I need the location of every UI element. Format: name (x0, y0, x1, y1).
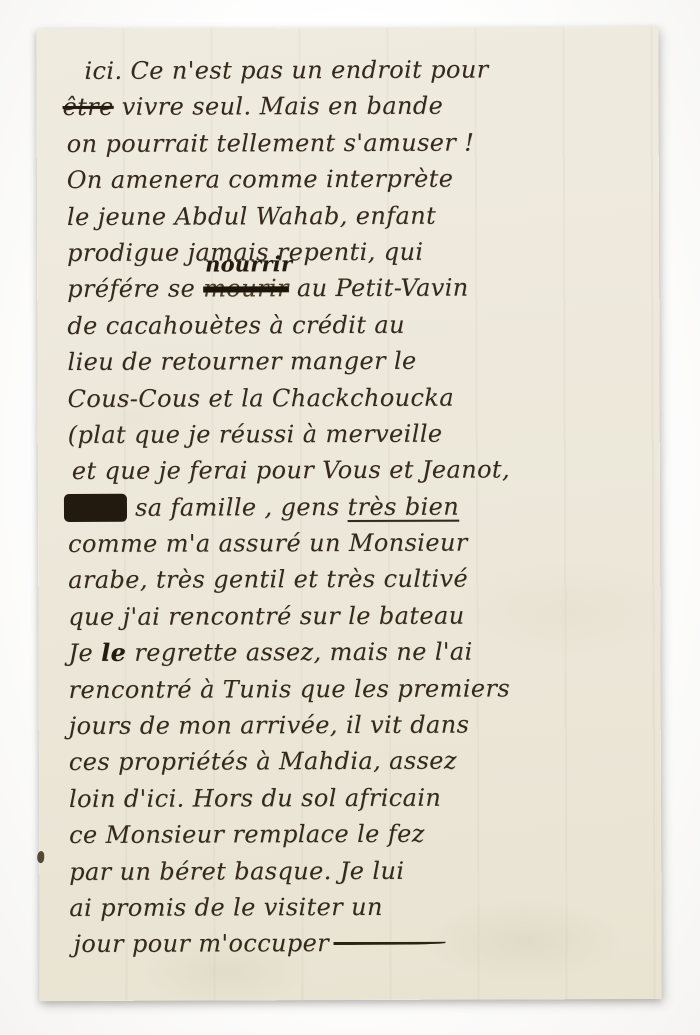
letter-line: rencontré à Tunis que les premiers (65, 670, 647, 708)
letter-line: arabe, très gentil et très cultivé (64, 560, 646, 598)
word-blot: dans (64, 493, 127, 521)
correction-stack: nourrirmourir (203, 271, 289, 308)
letter-line: prodigue jamais repenti, qui (63, 233, 645, 271)
letter-line: ces propriétés à Mahdia, assez (65, 742, 647, 780)
letter-page: ici. Ce n'est pas un endroit pourêtre vi… (36, 27, 661, 1001)
letter-text: de cacahouètes à crédit au (67, 311, 405, 340)
letter-text: vivre seul. Mais en bande (114, 92, 444, 121)
letter-line: ici. Ce n'est pas un endroit pour (62, 51, 644, 89)
letter-line: être vivre seul. Mais en bande (63, 87, 645, 125)
letter-text: ces propriétés à Mahdia, assez (69, 747, 457, 776)
letter-line: comme m'a assuré un Monsieur (64, 524, 646, 562)
letter-text: comme m'a assuré un Monsieur (68, 529, 468, 558)
letter-text: arabe, très gentil et très cultivé (68, 565, 468, 594)
letter-text: regrette assez, mais ne l'ai (126, 638, 472, 667)
letter-lines: ici. Ce n'est pas un endroit pourêtre vi… (36, 51, 661, 963)
letter-line: Je le regrette assez, mais ne l'ai (64, 633, 646, 671)
letter-text: sa famille , gens (127, 493, 348, 522)
letter-text: Cous-Cous et la Chackchoucka (68, 383, 455, 412)
letter-text: loin d'ici. Hors du sol africain (69, 783, 441, 812)
letter-line: jour pour m'occuper (65, 924, 647, 962)
letter-text: Je (68, 639, 101, 667)
letter-line: que j'ai rencontré sur le bateau (64, 597, 646, 635)
letter-line: par un béret basque. Je lui (65, 852, 647, 890)
letter-text: jours de mon arrivée, il vit dans (69, 711, 470, 740)
letter-text: rencontré à Tunis que les premiers (69, 674, 511, 704)
letter-text: lieu de retourner manger le (67, 347, 416, 376)
letter-text: au Petit-Vavin (289, 274, 469, 303)
letter-text: que j'ai rencontré sur le bateau (68, 601, 464, 630)
letter-line: on pourrait tellement s'amuser ! (63, 124, 645, 162)
letter-text: ce Monsieur remplace le fez (69, 820, 425, 849)
letter-line: loin d'ici. Hors du sol africain (65, 779, 647, 817)
letter-line: de cacahouètes à crédit au (63, 306, 645, 344)
word-bold: le (101, 638, 126, 667)
letter-text: le jeune Abdul Wahab, enfant (67, 201, 436, 230)
letter-line: préfére se nourrirmourir au Petit-Vavin (63, 269, 645, 307)
flourish-line (333, 942, 445, 945)
letter-line: lieu de retourner manger le (63, 342, 645, 380)
letter-text: par un béret basque. Je lui (69, 856, 404, 885)
letter-text: préfére se (67, 275, 203, 303)
letter-text: ici. Ce n'est pas un endroit pour (84, 56, 488, 85)
word-underline: très bien (348, 492, 460, 520)
letter-line: On amenera comme interprète (63, 160, 645, 198)
letter-line: le jeune Abdul Wahab, enfant (63, 197, 645, 235)
letter-text: On amenera comme interprète (67, 165, 454, 194)
letter-photograph: ici. Ce n'est pas un endroit pourêtre vi… (0, 0, 700, 1035)
letter-text: on pourrait tellement s'amuser ! (67, 128, 475, 157)
letter-line: et que je ferai pour Vous et Jeanot, (64, 451, 646, 489)
letter-text: ai promis de le visiter un (69, 893, 383, 922)
inserted-word: nourrir (205, 246, 292, 283)
letter-line: dans sa famille , gens très bien (64, 488, 646, 526)
word-strike: être (63, 93, 114, 121)
letter-text: (plat que je réussi à merveille (68, 420, 443, 449)
letter-line: jours de mon arrivée, il vit dans (65, 706, 647, 744)
letter-text: jour pour m'occuper (73, 929, 329, 958)
letter-line: ce Monsieur remplace le fez (65, 815, 647, 853)
letter-line: (plat que je réussi à merveille (64, 415, 646, 453)
letter-line: Cous-Cous et la Chackchoucka (64, 378, 646, 416)
letter-line: ai promis de le visiter un (65, 888, 647, 926)
letter-text: et que je ferai pour Vous et Jeanot, (72, 456, 510, 486)
